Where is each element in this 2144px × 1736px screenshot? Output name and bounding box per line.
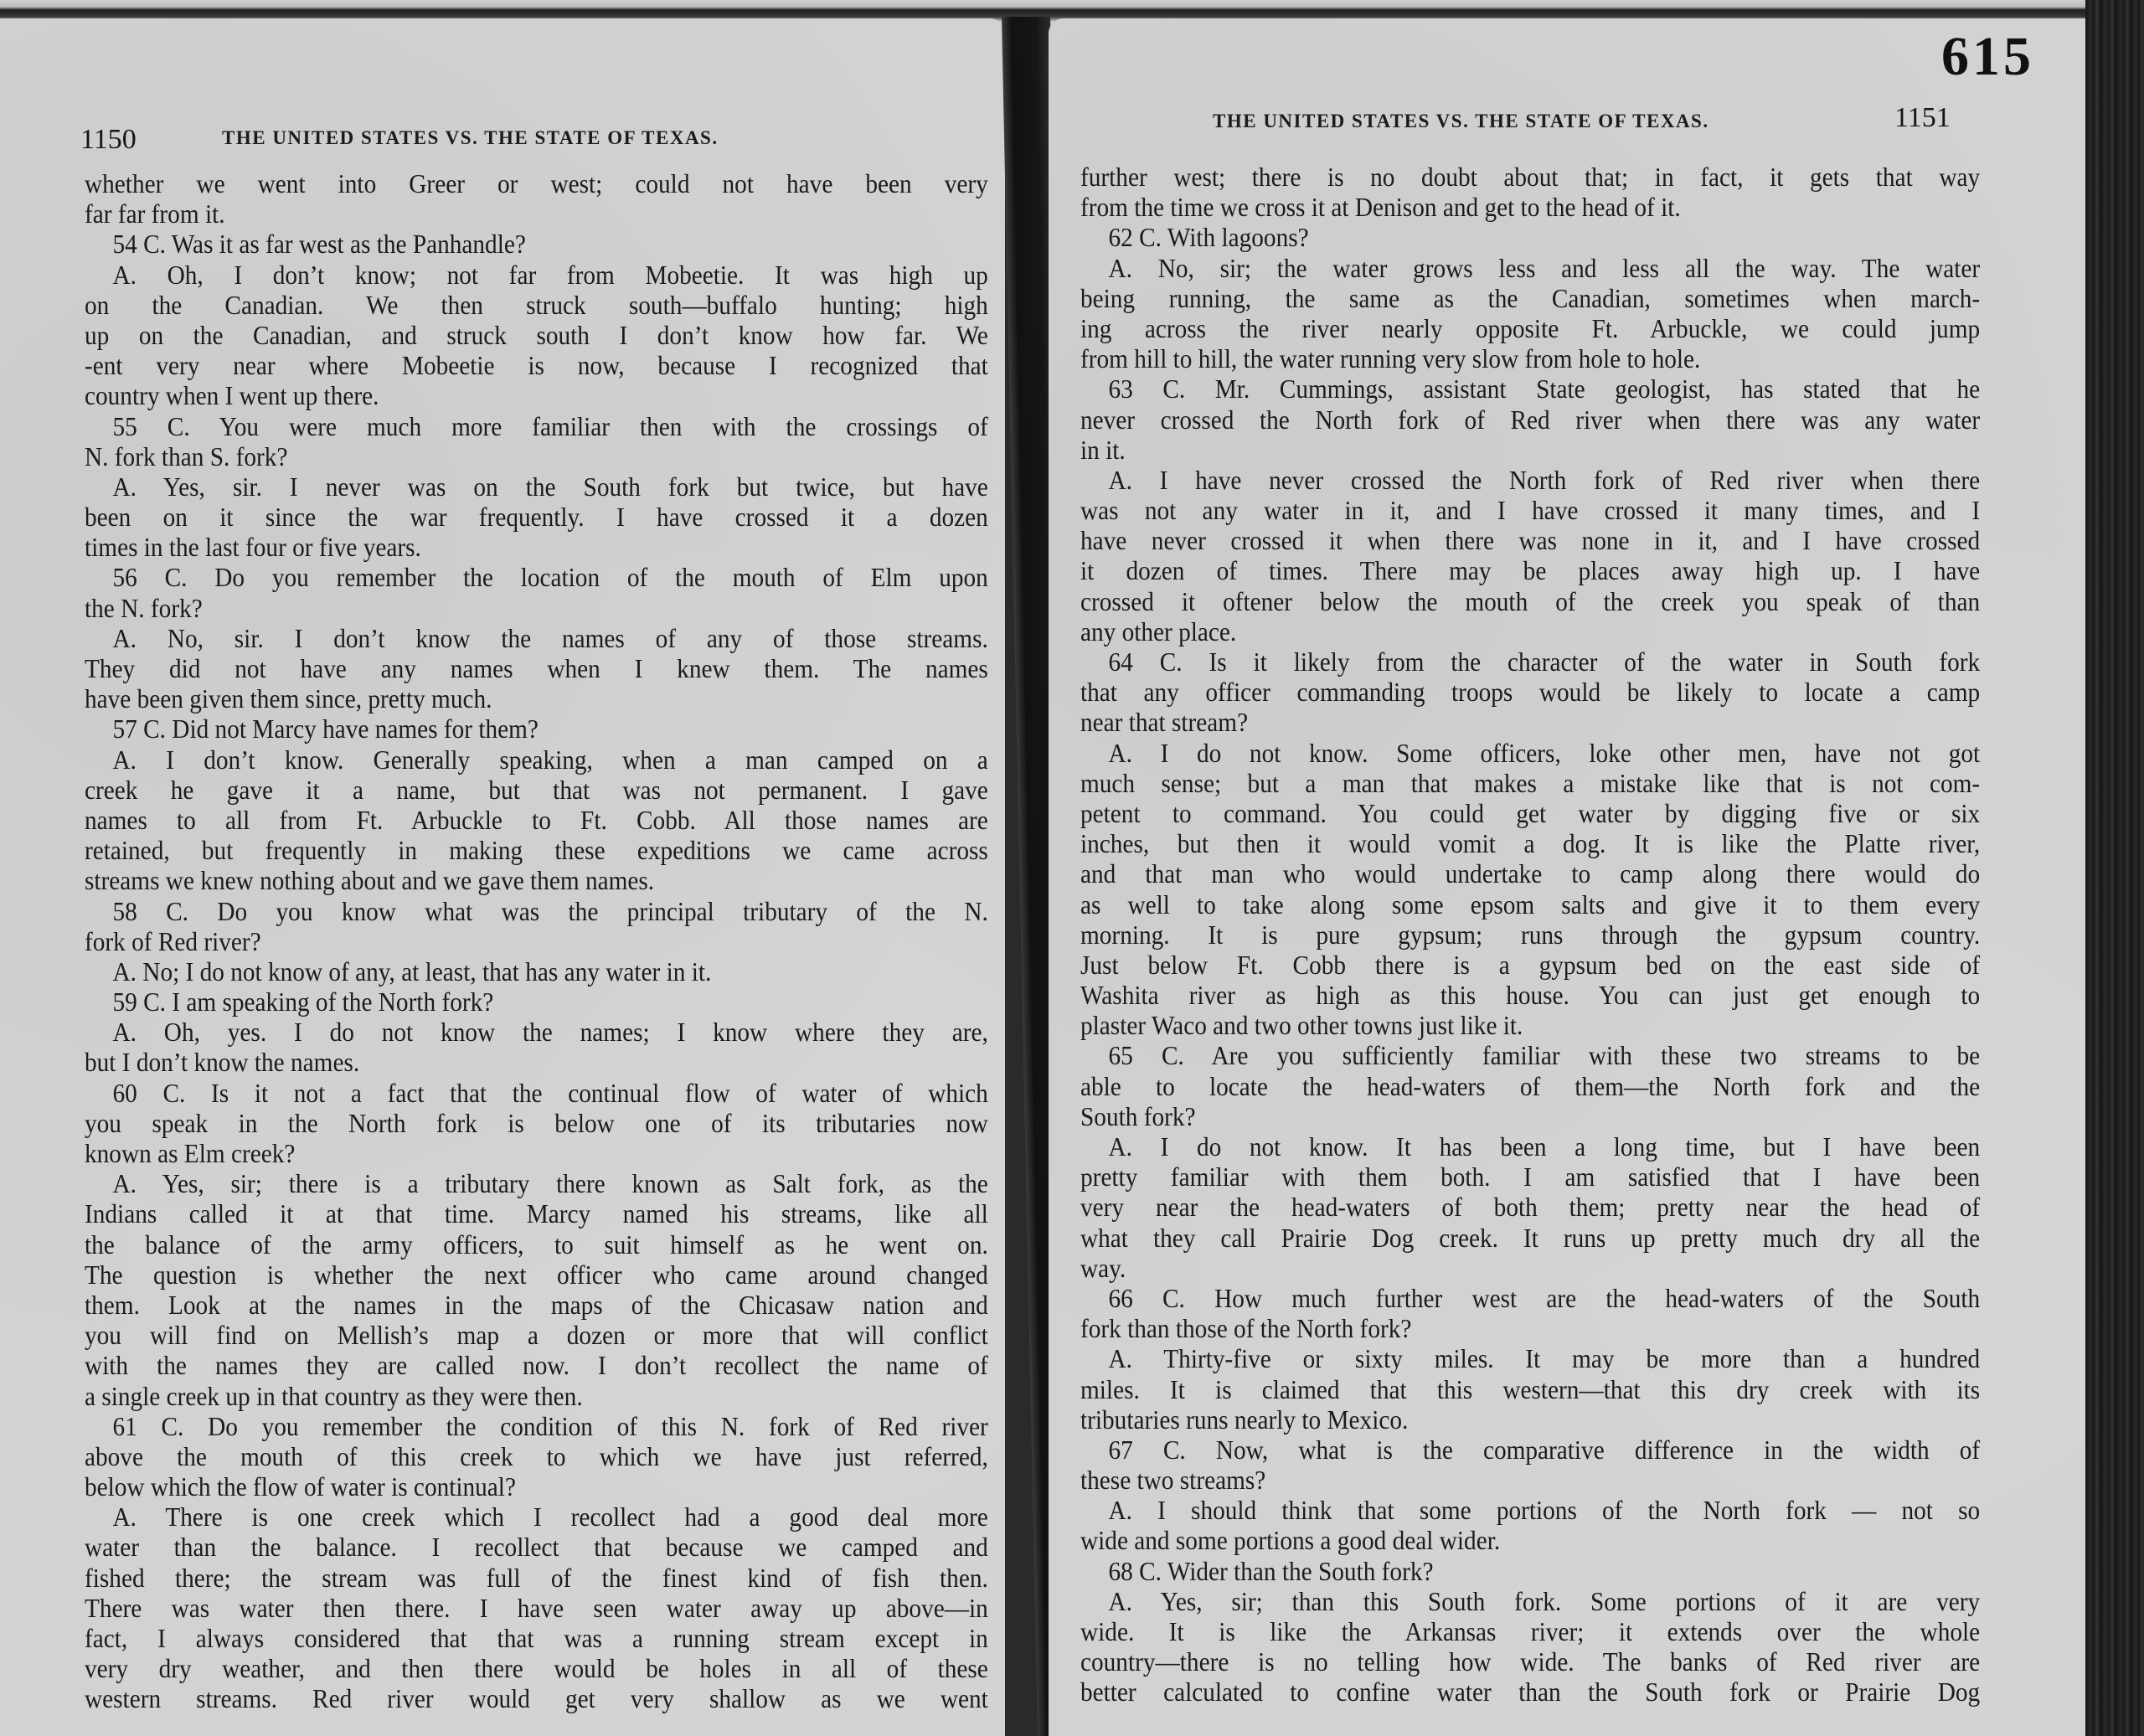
text-line: on the Canadian. We then struck south—bu… bbox=[85, 291, 988, 321]
text-line: them. Look at the names in the maps of t… bbox=[85, 1290, 988, 1321]
text-line: A. No, sir. I don’t know the names of an… bbox=[85, 624, 988, 654]
text-line: A. I don’t know. Generally speaking, whe… bbox=[85, 745, 988, 775]
text-line: in it. bbox=[1080, 435, 1980, 466]
text-line: with the names they are called now. I do… bbox=[85, 1351, 988, 1381]
text-line: 62 C. With lagoons? bbox=[1080, 223, 1980, 253]
text-line: the N. fork? bbox=[85, 594, 988, 624]
text-line: and that man who would undertake to camp… bbox=[1080, 859, 1980, 889]
text-line: 65 C. Are you sufficiently familiar with… bbox=[1080, 1041, 1980, 1071]
text-line: have never crossed it when there was non… bbox=[1080, 526, 1980, 556]
text-line: water than the balance. I recollect that… bbox=[85, 1533, 988, 1563]
text-line: petent to command. You could get water b… bbox=[1080, 799, 1980, 829]
right-page-number: 1151 bbox=[1894, 102, 1951, 134]
text-line: 68 C. Wider than the South fork? bbox=[1080, 1557, 1980, 1587]
text-line: 66 C. How much further west are the head… bbox=[1080, 1284, 1980, 1314]
text-line: as well to take along some epsom salts a… bbox=[1080, 890, 1980, 920]
text-line: 60 C. Is it not a fact that the continua… bbox=[85, 1079, 988, 1109]
text-line: 64 C. Is it likely from the character of… bbox=[1080, 647, 1980, 677]
text-line: much sense; but a man that makes a mista… bbox=[1080, 769, 1980, 799]
text-line: A. Yes, sir; there is a tributary there … bbox=[85, 1169, 988, 1199]
text-line: was not any water in it, and I have cros… bbox=[1080, 496, 1980, 526]
text-line: country when I went up there. bbox=[85, 381, 988, 411]
text-line: 57 C. Did not Marcy have names for them? bbox=[85, 714, 988, 744]
right-page-body: further west; there is no doubt about th… bbox=[1080, 162, 1980, 1708]
text-line: A. I do not know. It has been a long tim… bbox=[1080, 1132, 1980, 1162]
text-line: the balance of the army officers, to sui… bbox=[85, 1230, 988, 1260]
text-line: Indians called it at that time. Marcy na… bbox=[85, 1199, 988, 1229]
text-line: times in the last four or five years. bbox=[85, 533, 988, 563]
left-running-head: THE UNITED STATES VS. THE STATE OF TEXAS… bbox=[222, 127, 719, 149]
text-line: A. No, sir; the water grows less and les… bbox=[1080, 254, 1980, 284]
text-line: fact, I always considered that that was … bbox=[85, 1624, 988, 1654]
text-line: 56 C. Do you remember the location of th… bbox=[85, 563, 988, 593]
text-line: names to all from Ft. Arbuckle to Ft. Co… bbox=[85, 806, 988, 836]
text-line: way. bbox=[1080, 1254, 1980, 1284]
book-page-edges bbox=[2085, 0, 2144, 1736]
stamp-number: 615 bbox=[1941, 25, 2034, 89]
text-line: very dry weather, and then there would b… bbox=[85, 1654, 988, 1684]
text-line: you speak in the North fork is below one… bbox=[85, 1109, 988, 1139]
text-line: any other place. bbox=[1080, 617, 1980, 647]
text-line: crossed it oftener below the mouth of th… bbox=[1080, 587, 1980, 617]
text-line: further west; there is no doubt about th… bbox=[1080, 162, 1980, 193]
text-line: these two streams? bbox=[1080, 1466, 1980, 1496]
text-line: known as Elm creek? bbox=[85, 1139, 988, 1169]
text-line: A. Yes, sir. I never was on the South fo… bbox=[85, 472, 988, 502]
text-line: whether we went into Greer or west; coul… bbox=[85, 169, 988, 199]
text-line: Just below Ft. Cobb there is a gypsum be… bbox=[1080, 950, 1980, 981]
text-line: above the mouth of this creek to which w… bbox=[85, 1442, 988, 1472]
text-line: from the time we cross it at Denison and… bbox=[1080, 193, 1980, 223]
text-line: pretty familiar with them both. I am sat… bbox=[1080, 1162, 1980, 1193]
text-line: South fork? bbox=[1080, 1102, 1980, 1132]
text-line: A. Oh, yes. I do not know the names; I k… bbox=[85, 1017, 988, 1048]
text-line: The question is whether the next officer… bbox=[85, 1260, 988, 1290]
text-line: miles. It is claimed that this western—t… bbox=[1080, 1375, 1980, 1405]
text-line: -ent very near where Mobeetie is now, be… bbox=[85, 351, 988, 381]
text-line: very near the head-waters of both them; … bbox=[1080, 1193, 1980, 1223]
text-line: near that stream? bbox=[1080, 708, 1980, 738]
text-line: tributaries runs nearly to Mexico. bbox=[1080, 1405, 1980, 1435]
text-line: below which the flow of water is continu… bbox=[85, 1472, 988, 1502]
text-line: 59 C. I am speaking of the North fork? bbox=[85, 987, 988, 1017]
text-line: never crossed the North fork of Red rive… bbox=[1080, 405, 1980, 435]
text-line: retained, but frequently in making these… bbox=[85, 836, 988, 866]
text-line: A. I should think that some portions of … bbox=[1080, 1496, 1980, 1526]
text-line: from hill to hill, the water running ver… bbox=[1080, 344, 1980, 374]
right-page: 615 THE UNITED STATES VS. THE STATE OF T… bbox=[1049, 18, 2087, 1736]
text-line: 61 C. Do you remember the condition of t… bbox=[85, 1412, 988, 1442]
text-line: a single creek up in that country as the… bbox=[85, 1382, 988, 1412]
text-line: being running, the same as the Canadian,… bbox=[1080, 284, 1980, 314]
text-line: 67 C. Now, what is the comparative diffe… bbox=[1080, 1435, 1980, 1466]
text-line: A. There is one creek which I recollect … bbox=[85, 1502, 988, 1533]
text-line: morning. It is pure gypsum; runs through… bbox=[1080, 920, 1980, 950]
text-line: streams we knew nothing about and we gav… bbox=[85, 866, 988, 896]
text-line: A. I have never crossed the North fork o… bbox=[1080, 466, 1980, 496]
right-running-head: THE UNITED STATES VS. THE STATE OF TEXAS… bbox=[1213, 111, 1709, 132]
text-line: fished there; the stream was full of the… bbox=[85, 1563, 988, 1594]
text-line: 55 C. You were much more familiar then w… bbox=[85, 412, 988, 442]
text-line: A. No; I do not know of any, at least, t… bbox=[85, 957, 988, 987]
text-line: A. I do not know. Some officers, loke ot… bbox=[1080, 739, 1980, 769]
text-line: There was water then there. I have seen … bbox=[85, 1594, 988, 1624]
text-line: better calculated to confine water than … bbox=[1080, 1677, 1980, 1708]
text-line: far far from it. bbox=[85, 199, 988, 229]
text-line: fork than those of the North fork? bbox=[1080, 1314, 1980, 1344]
text-line: country—there is no telling how wide. Th… bbox=[1080, 1647, 1980, 1677]
text-line: what they call Prairie Dog creek. It run… bbox=[1080, 1223, 1980, 1254]
text-line: but I don’t know the names. bbox=[85, 1048, 988, 1078]
text-line: up on the Canadian, and struck south I d… bbox=[85, 321, 988, 351]
text-line: western streams. Red river would get ver… bbox=[85, 1684, 988, 1714]
text-line: have been given them since, pretty much. bbox=[85, 684, 988, 714]
text-line: Washita river as high as this house. You… bbox=[1080, 981, 1980, 1011]
left-page-body: whether we went into Greer or west; coul… bbox=[85, 169, 988, 1715]
text-line: 58 C. Do you know what was the principal… bbox=[85, 897, 988, 927]
text-line: you will find on Mellish’s map a dozen o… bbox=[85, 1321, 988, 1351]
text-line: inches, but then it would vomit a dog. I… bbox=[1080, 829, 1980, 859]
left-page-number: 1150 bbox=[80, 124, 137, 156]
text-line: 63 C. Mr. Cummings, assistant State geol… bbox=[1080, 374, 1980, 404]
text-line: A. Thirty-five or sixty miles. It may be… bbox=[1080, 1344, 1980, 1374]
text-line: creek he gave it a name, but that was no… bbox=[85, 775, 988, 806]
text-line: it dozen of times. There may be places a… bbox=[1080, 556, 1980, 586]
text-line: fork of Red river? bbox=[85, 927, 988, 957]
text-line: that any officer commanding troops would… bbox=[1080, 677, 1980, 708]
text-line: plaster Waco and two other towns just li… bbox=[1080, 1011, 1980, 1041]
text-line: been on it since the war frequently. I h… bbox=[85, 502, 988, 533]
text-line: wide and some portions a good deal wider… bbox=[1080, 1526, 1980, 1556]
text-line: wide. It is like the Arkansas river; it … bbox=[1080, 1617, 1980, 1647]
text-line: They did not have any names when I knew … bbox=[85, 654, 988, 684]
text-line: ing across the river nearly opposite Ft.… bbox=[1080, 314, 1980, 344]
text-line: A. Oh, I don’t know; not far from Mobeet… bbox=[85, 260, 988, 291]
left-page: 1150 THE UNITED STATES VS. THE STATE OF … bbox=[0, 18, 1005, 1736]
text-line: 54 C. Was it as far west as the Panhandl… bbox=[85, 229, 988, 260]
text-line: able to locate the head-waters of them—t… bbox=[1080, 1072, 1980, 1102]
text-line: N. fork than S. fork? bbox=[85, 442, 988, 472]
text-line: A. Yes, sir; than this South fork. Some … bbox=[1080, 1587, 1980, 1617]
